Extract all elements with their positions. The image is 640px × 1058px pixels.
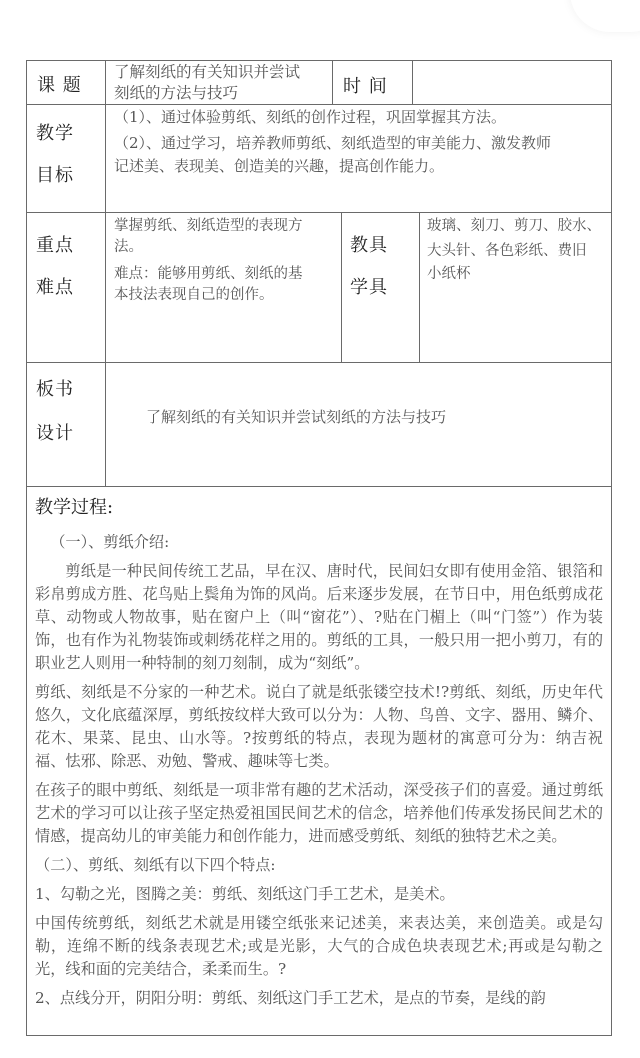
section1-title: （一）、剪纸介绍: <box>35 531 603 554</box>
process-heading: 教学过程: <box>35 495 603 521</box>
feature1-title: 1、勾勒之光，图腾之美：剪纸、刻纸这门手工艺术，是美术。 <box>35 883 603 906</box>
objectives-label-line2: 目标 <box>36 161 74 187</box>
objectives-label-cell: 教学 目标 <box>27 105 105 212</box>
intro-paragraph-2: 剪纸、刻纸是不分家的一种艺术。说白了就是纸张镂空技术!?剪纸、刻纸，历史年代悠久… <box>35 681 603 773</box>
tools-line2: 大头针、各色彩纸、费旧 <box>427 241 587 262</box>
floating-menu-button[interactable] <box>570 0 640 32</box>
topic-label: 课 题 <box>37 71 82 97</box>
objective-item-1: （1）、通过体验剪纸、刻纸的创作过程，巩固掌握其方法。 <box>114 107 506 128</box>
board-design-content: 了解刻纸的有关知识并尝试刻纸的方法与技巧 <box>146 407 446 428</box>
objectives-label-line1: 教学 <box>36 119 74 145</box>
key-points-content-cell: 掌握剪纸、刻纸造型的表现方 法。 难点：能够用剪纸、刻纸的基 本技法表现自己的创… <box>105 213 341 362</box>
intro-paragraph-3: 在孩子的眼中剪纸、刻纸是一项非常有趣的艺术活动，深受孩子们的喜爱。通过剪纸艺术的… <box>35 779 603 848</box>
topic-label-cell: 课 题 <box>27 61 105 104</box>
row-key-points: 重点 难点 掌握剪纸、刻纸造型的表现方 法。 难点：能够用剪纸、刻纸的基 本技法… <box>27 213 611 363</box>
feature1-text: 中国传统剪纸，刻纸艺术就是用镂空纸张来记述美，来表达美，来创造美。或是勾勒，连绵… <box>35 912 603 981</box>
feature2-title: 2、点线分开，阴阳分明：剪纸、刻纸这门手工艺术，是点的节奏，是线的韵 <box>35 987 603 1010</box>
tools-label-cell: 教具 学具 <box>341 213 419 362</box>
time-value-cell <box>412 61 611 104</box>
board-design-label-line2: 设计 <box>36 419 74 445</box>
objective-item-2-cont: 记述美、表现美、创造美的兴趣，提高创作能力。 <box>114 156 444 177</box>
objective-item-2: （2）、通过学习，培养教师剪纸、刻纸造型的审美能力、激发教师 <box>114 133 551 154</box>
key-points-label-line2: 难点 <box>36 273 74 299</box>
board-design-label-cell: 板书 设计 <box>27 363 105 486</box>
key-point-line1: 掌握剪纸、刻纸造型的表现方 <box>114 216 303 237</box>
time-label-cell: 时 间 <box>332 61 412 104</box>
row-objectives: 教学 目标 （1）、通过体验剪纸、刻纸的创作过程，巩固掌握其方法。 （2）、通过… <box>27 105 611 213</box>
key-points-label-cell: 重点 难点 <box>27 213 105 362</box>
objectives-content-cell: （1）、通过体验剪纸、刻纸的创作过程，巩固掌握其方法。 （2）、通过学习，培养教… <box>105 105 611 212</box>
board-design-content-cell: 了解刻纸的有关知识并尝试刻纸的方法与技巧 <box>105 363 611 486</box>
board-design-label-line1: 板书 <box>36 375 74 401</box>
tools-line1: 玻璃、刻刀、剪刀、胶水、 <box>427 216 601 237</box>
topic-value-cell: 了解刻纸的有关知识并尝试 刻纸的方法与技巧 <box>105 61 332 104</box>
tools-line3: 小纸杯 <box>427 264 471 285</box>
topic-value-line1: 了解刻纸的有关知识并尝试 <box>114 62 300 83</box>
difficulty-line2: 本技法表现自己的创作。 <box>114 285 274 306</box>
section2-title: （二）、剪纸、刻纸有以下四个特点: <box>35 854 603 877</box>
intro-paragraph-1: 剪纸是一种民间传统工艺品，早在汉、唐时代，民间妇女即有使用金箔、银箔和彩帛剪成方… <box>35 560 603 675</box>
row-board-design: 板书 设计 了解刻纸的有关知识并尝试刻纸的方法与技巧 <box>27 363 611 487</box>
tools-label-line1: 教具 <box>350 231 388 257</box>
key-point-line2: 法。 <box>114 237 143 258</box>
teaching-process: 教学过程: （一）、剪纸介绍: 剪纸是一种民间传统工艺品，早在汉、唐时代，民间妇… <box>27 487 611 1035</box>
tools-content-cell: 玻璃、刻刀、剪刀、胶水、 大头针、各色彩纸、费旧 小纸杯 <box>419 213 611 362</box>
difficulty-line1: 难点：能够用剪纸、刻纸的基 <box>114 264 303 285</box>
row-topic: 课 题 了解刻纸的有关知识并尝试 刻纸的方法与技巧 时 间 <box>27 61 611 105</box>
time-label: 时 间 <box>343 72 388 98</box>
key-points-label-line1: 重点 <box>36 231 74 257</box>
lesson-plan-table: 课 题 了解刻纸的有关知识并尝试 刻纸的方法与技巧 时 间 教学 目标 （1）、… <box>26 60 612 1036</box>
tools-label-line2: 学具 <box>350 273 388 299</box>
topic-value-line2: 刻纸的方法与技巧 <box>114 83 238 104</box>
